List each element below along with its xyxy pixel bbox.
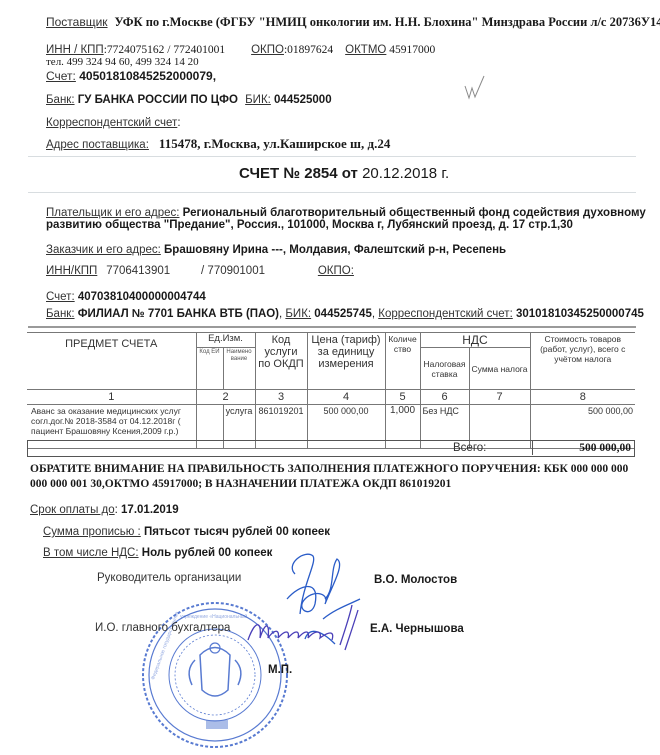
header-price: Цена (тариф) за единицу измерения	[307, 333, 385, 390]
payer-inn-line: ИНН/КПП 7706413901 / 770901001 ОКПО:	[46, 265, 354, 277]
header-vat-sum: Сумма налога	[469, 348, 530, 390]
head-title: Руководитель организации	[97, 572, 241, 584]
vat-words-label: В том числе НДС:	[43, 547, 139, 559]
header-okdp: Код услуги по ОКДП	[255, 333, 307, 390]
supplier-inn-value: :7724075162 / 772401001	[104, 44, 225, 56]
payer-value-1: Региональный благотворительный обществен…	[179, 207, 645, 219]
payer-account-label: Счет:	[46, 291, 75, 303]
col-number: 8	[530, 390, 635, 405]
header-unit-group: Ед.Изм.	[196, 333, 255, 348]
supplier-okpo-value: :01897624	[284, 44, 333, 56]
header-qty: Количе ство	[385, 333, 420, 390]
supplier-oktmo-label: ОКТМО	[345, 44, 386, 56]
header-unit-name: Наимено вание	[223, 348, 255, 390]
payer-account-value: 40703810400000004744	[75, 291, 206, 303]
divider	[28, 192, 636, 193]
svg-text:учреждение «Национальный: учреждение «Национальный	[180, 613, 247, 620]
invoice-number: СЧЕТ № 2854 от	[239, 165, 358, 182]
sum-words-line: Сумма прописью : Пятьсот тысяч рублей 00…	[43, 522, 330, 540]
divider	[28, 156, 636, 157]
payment-notice-line2: 000 000 001 30,ОКТМО 45917000; В НАЗНАЧЕ…	[30, 478, 451, 490]
supplier-corr-label: Корреспондентский счет	[46, 117, 177, 129]
vat-words-value: Ноль рублей 00 копеек	[139, 547, 273, 559]
supplier-label: Поставщик	[46, 15, 108, 29]
due-date-value: 17.01.2019	[118, 504, 179, 516]
header-total: Стоимость товаров (работ, услуг), всего …	[530, 333, 635, 390]
supplier-corr-line: Корреспондентский счет:	[46, 113, 181, 131]
header-vat-group: НДС	[420, 333, 530, 348]
col-number: 1	[27, 390, 196, 405]
accountant-signature-icon	[240, 600, 365, 655]
total-value: 500 000,00	[579, 442, 631, 454]
payer-bik-label: БИК:	[285, 308, 311, 320]
vat-words-line: В том числе НДС: Ноль рублей 00 копеек	[43, 543, 272, 561]
col-number: 4	[307, 390, 385, 405]
payer-bank-value: ФИЛИАЛ № 7701 БАНКА ВТБ (ПАО)	[75, 308, 279, 320]
supplier-address-value: 115478, г.Москва, ул.Каширское ш, д.24	[159, 136, 390, 151]
payer-value-2: развитию общества "Предание", Россия., 1…	[46, 219, 573, 231]
col-number: 5	[385, 390, 420, 405]
supplier-address-label: Адрес поставщика:	[46, 139, 149, 151]
payer-inn-label: ИНН/КПП	[46, 265, 97, 277]
total-row: Всего: 500 000,00	[27, 440, 635, 457]
accountant-name: Е.А. Чернышова	[370, 623, 464, 635]
payer-label: Плательщик и его адрес:	[46, 207, 179, 219]
stamp-place-label: М.П.	[268, 664, 292, 676]
supplier-bank-line: Банк: ГУ БАНКА РОССИИ ПО ЦФО БИК: 044525…	[46, 90, 332, 108]
col-number: 3	[255, 390, 307, 405]
col-number: 7	[469, 390, 530, 405]
col-number: 2	[196, 390, 255, 405]
supplier-line: Поставщик УФК по г.Москве (ФГБУ "НМИЦ он…	[46, 15, 660, 30]
total-label: Всего:	[453, 442, 486, 454]
header-subject: ПРЕДМЕТ СЧЕТА	[27, 333, 196, 390]
payment-notice-line1: ОБРАТИТЕ ВНИМАНИЕ НА ПРАВИЛЬНОСТЬ ЗАПОЛН…	[30, 463, 628, 475]
supplier-bik-value: 044525000	[271, 94, 332, 106]
supplier-bank-value: ГУ БАНКА РОССИИ ПО ЦФО	[75, 94, 242, 106]
invoice-title: СЧЕТ № 2854 от 20.12.2018 г.	[239, 165, 449, 182]
sum-words-label: Сумма прописью :	[43, 526, 141, 538]
header-unit-code: Код ЕИ	[196, 348, 223, 390]
supplier-account-value: 40501810845252000079,	[76, 69, 216, 83]
head-name: В.О. Молостов	[374, 574, 457, 586]
supplier-bank-label: Банк:	[46, 94, 75, 106]
col-number: 6	[420, 390, 469, 405]
checkmark-icon	[462, 74, 486, 100]
supplier-bik-label: БИК:	[245, 94, 271, 106]
invoice-date: 20.12.2018 г.	[358, 165, 449, 182]
due-date-line: Срок оплаты до: 17.01.2019	[30, 500, 179, 518]
accountant-title: И.О. главного бухгалтера	[95, 622, 230, 634]
payer-okpo-label: ОКПО:	[318, 265, 354, 277]
payer-account-line: Счет: 40703810400000004744	[46, 287, 206, 305]
payer-bank-line: Банк: ФИЛИАЛ № 7701 БАНКА ВТБ (ПАО), БИК…	[46, 308, 644, 320]
divider	[28, 326, 636, 328]
payer-kpp-value: / 770901001	[201, 265, 265, 277]
invoice-table: ПРЕДМЕТ СЧЕТА Ед.Изм. Код услуги по ОКДП…	[27, 332, 635, 449]
sum-words-value: Пятьсот тысяч рублей 00 копеек	[141, 526, 330, 538]
payer-bank-label: Банк:	[46, 308, 75, 320]
supplier-inn-label: ИНН / КПП	[46, 44, 104, 56]
due-date-label: Срок оплаты до	[30, 504, 115, 516]
payer-corr-label: Корреспондентский счет:	[378, 308, 513, 320]
supplier-okpo-label: ОКПО	[251, 44, 284, 56]
supplier-corr-suffix: :	[177, 117, 180, 129]
divider	[532, 441, 533, 455]
supplier-address-line: Адрес поставщика: 115478, г.Москва, ул.К…	[46, 135, 390, 153]
customer-value: Брашовяну Ирина ---, Молдавия, Фалештски…	[161, 244, 506, 256]
payer-bik-value: 044525745	[311, 308, 372, 320]
payer-inn-value: 7706413901	[106, 265, 170, 277]
supplier-oktmo-value: 45917000	[386, 44, 435, 56]
supplier-account-line: Счет: 40501810845252000079,	[46, 67, 216, 85]
supplier-account-label: Счет:	[46, 69, 76, 83]
header-vat-rate: Налоговая ставка	[420, 348, 469, 390]
supplier-name: УФК по г.Москве (ФГБУ "НМИЦ онкологии им…	[115, 15, 660, 29]
payer-corr-value: 30101810345250000745	[513, 308, 644, 320]
customer-line: Заказчик и его адрес: Брашовяну Ирина --…	[46, 240, 506, 258]
customer-label: Заказчик и его адрес:	[46, 244, 161, 256]
